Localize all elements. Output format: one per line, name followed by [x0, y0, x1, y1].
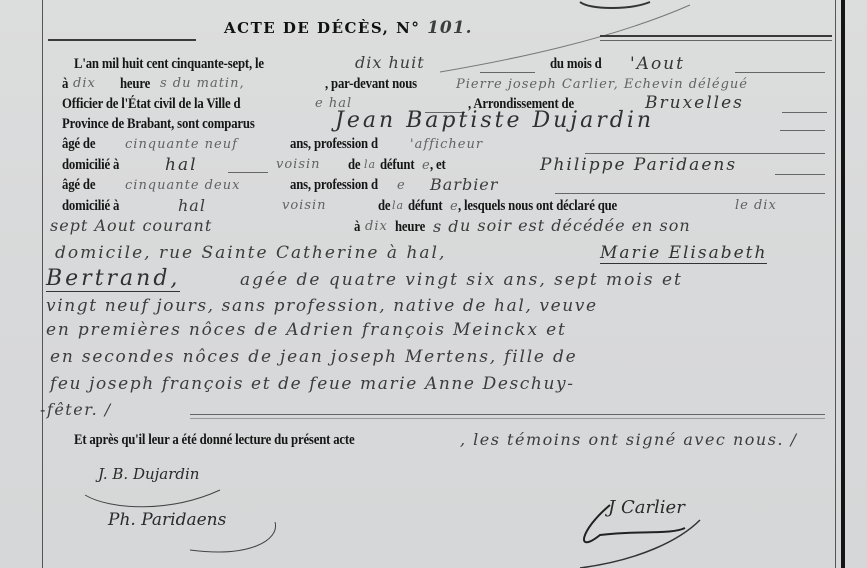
line9-heure: heure	[395, 219, 425, 236]
line6-defunt: défunt	[380, 157, 414, 174]
title-rule-right-2	[600, 40, 832, 41]
witness1-name: Jean Baptiste Dujardin	[335, 108, 654, 133]
line6-blank-2	[775, 174, 825, 175]
line1-month: 'Aout	[630, 54, 685, 74]
line7-blank	[555, 193, 825, 194]
witness2-age: cinquante deux	[125, 178, 240, 193]
witness2-domicile: hal	[178, 196, 206, 215]
line8-de: de	[378, 198, 390, 215]
line7-printed-2: ans, profession d	[290, 177, 378, 194]
body-line-1: domicile, rue Sainte Catherine à hal,	[55, 243, 446, 263]
title-rule-right	[600, 35, 832, 37]
witness2-profession: Barbier	[430, 175, 498, 194]
frame-left-border	[42, 0, 43, 568]
line5-blank	[585, 153, 825, 154]
line9-time-decease: u soir est décédée en son	[460, 216, 691, 235]
act-number: 101.	[427, 18, 472, 38]
line9-s: s d	[433, 217, 460, 236]
line2-printed: à	[62, 76, 68, 93]
line8-defunt: défunt	[408, 198, 442, 215]
line6-printed: domicilié à	[62, 157, 119, 174]
line6-et: , et	[430, 157, 446, 174]
line6-de: de	[348, 157, 360, 174]
line5-printed: âgé de	[62, 136, 95, 153]
line3-arrondissement: Bruxelles	[645, 93, 744, 113]
line6-la: la	[364, 158, 376, 171]
line4-blank	[780, 130, 825, 131]
line8-tail: le dix	[735, 198, 777, 213]
body-line-5: en premières nôces de Adrien françois Me…	[46, 320, 567, 340]
line2-hour: dix	[73, 76, 96, 91]
line9-a: à	[354, 219, 360, 236]
number-label: N°	[396, 19, 420, 37]
line4-printed: Province de Brabant, sont comparus	[62, 116, 255, 133]
witness1-domicile: hal	[165, 155, 198, 175]
line3-printed: Officier de l'État civil de la Ville d	[62, 96, 240, 113]
deceased-first-names: Marie Elisabeth	[600, 243, 767, 264]
witness2-name: Philippe Paridaens	[540, 155, 737, 175]
line1-day: dix huit	[355, 53, 425, 72]
document-title: ACTE DE DÉCÈS, N° 101.	[224, 18, 472, 38]
body-line-4: vingt neuf jours, sans profession, nativ…	[46, 296, 598, 316]
witness2-relation: voisin	[282, 198, 327, 213]
line8-la: la	[392, 199, 404, 212]
line2-time: s du matin,	[160, 76, 245, 91]
body-line-7: feu joseph françois et de feue marie Ann…	[50, 374, 575, 394]
closing-printed: Et après qu'il leur a été donné lecture …	[74, 432, 354, 449]
signature-witness1: J. B. Dujardin	[98, 465, 199, 483]
body-end-rule-2	[190, 418, 825, 419]
body-line-3: agée de quatre vingt six ans, sept mois …	[240, 270, 683, 290]
line2-officer: Pierre joseph Carlier, Echevin délégué	[456, 77, 748, 92]
title-text: ACTE DE DÉCÈS,	[224, 19, 389, 37]
body-line-6: en secondes nôces de jean joseph Mertens…	[50, 347, 578, 367]
witness1-relation: voisin	[276, 157, 321, 172]
line5-printed-2: ans, profession d	[290, 136, 378, 153]
frame-right-thin-border	[835, 0, 836, 568]
line9-hour: dix	[365, 219, 388, 234]
line7-e: e	[397, 178, 406, 193]
line1-blank	[480, 72, 535, 73]
signature-witness2-flourish	[180, 520, 290, 560]
frame-right-thick-border	[841, 0, 845, 568]
line8-printed-4: , lesquels nous ont déclaré que	[458, 198, 617, 215]
body-line-8: -fêter. /	[40, 400, 112, 419]
title-rule-left	[48, 39, 196, 41]
death-certificate-scan: ACTE DE DÉCÈS, N° 101. L'an mil huit cen…	[0, 0, 867, 568]
line1-blank-2	[735, 72, 825, 73]
line7-printed: âgé de	[62, 177, 95, 194]
line1-printed: L'an mil huit cent cinquante-sept, le	[74, 56, 264, 73]
line3-blank-2	[782, 112, 827, 113]
line9-date: sept Aout courant	[50, 216, 212, 235]
signature-officer-flourish	[560, 500, 730, 568]
witness1-profession: 'afficheur	[410, 137, 483, 152]
line2-printed-3: , par-devant nous	[325, 76, 417, 93]
deceased-surname: Bertrand,	[46, 266, 180, 292]
line8-printed: domicilié à	[62, 198, 119, 215]
closing-handwritten: , les témoins ont signé avec nous. /	[460, 430, 797, 449]
body-end-rule	[190, 414, 825, 415]
line6-blank	[228, 172, 268, 173]
line1-printed-2: du mois d	[550, 56, 602, 73]
line2-heure: heure	[120, 76, 150, 93]
witness1-age: cinquante neuf	[125, 137, 238, 152]
